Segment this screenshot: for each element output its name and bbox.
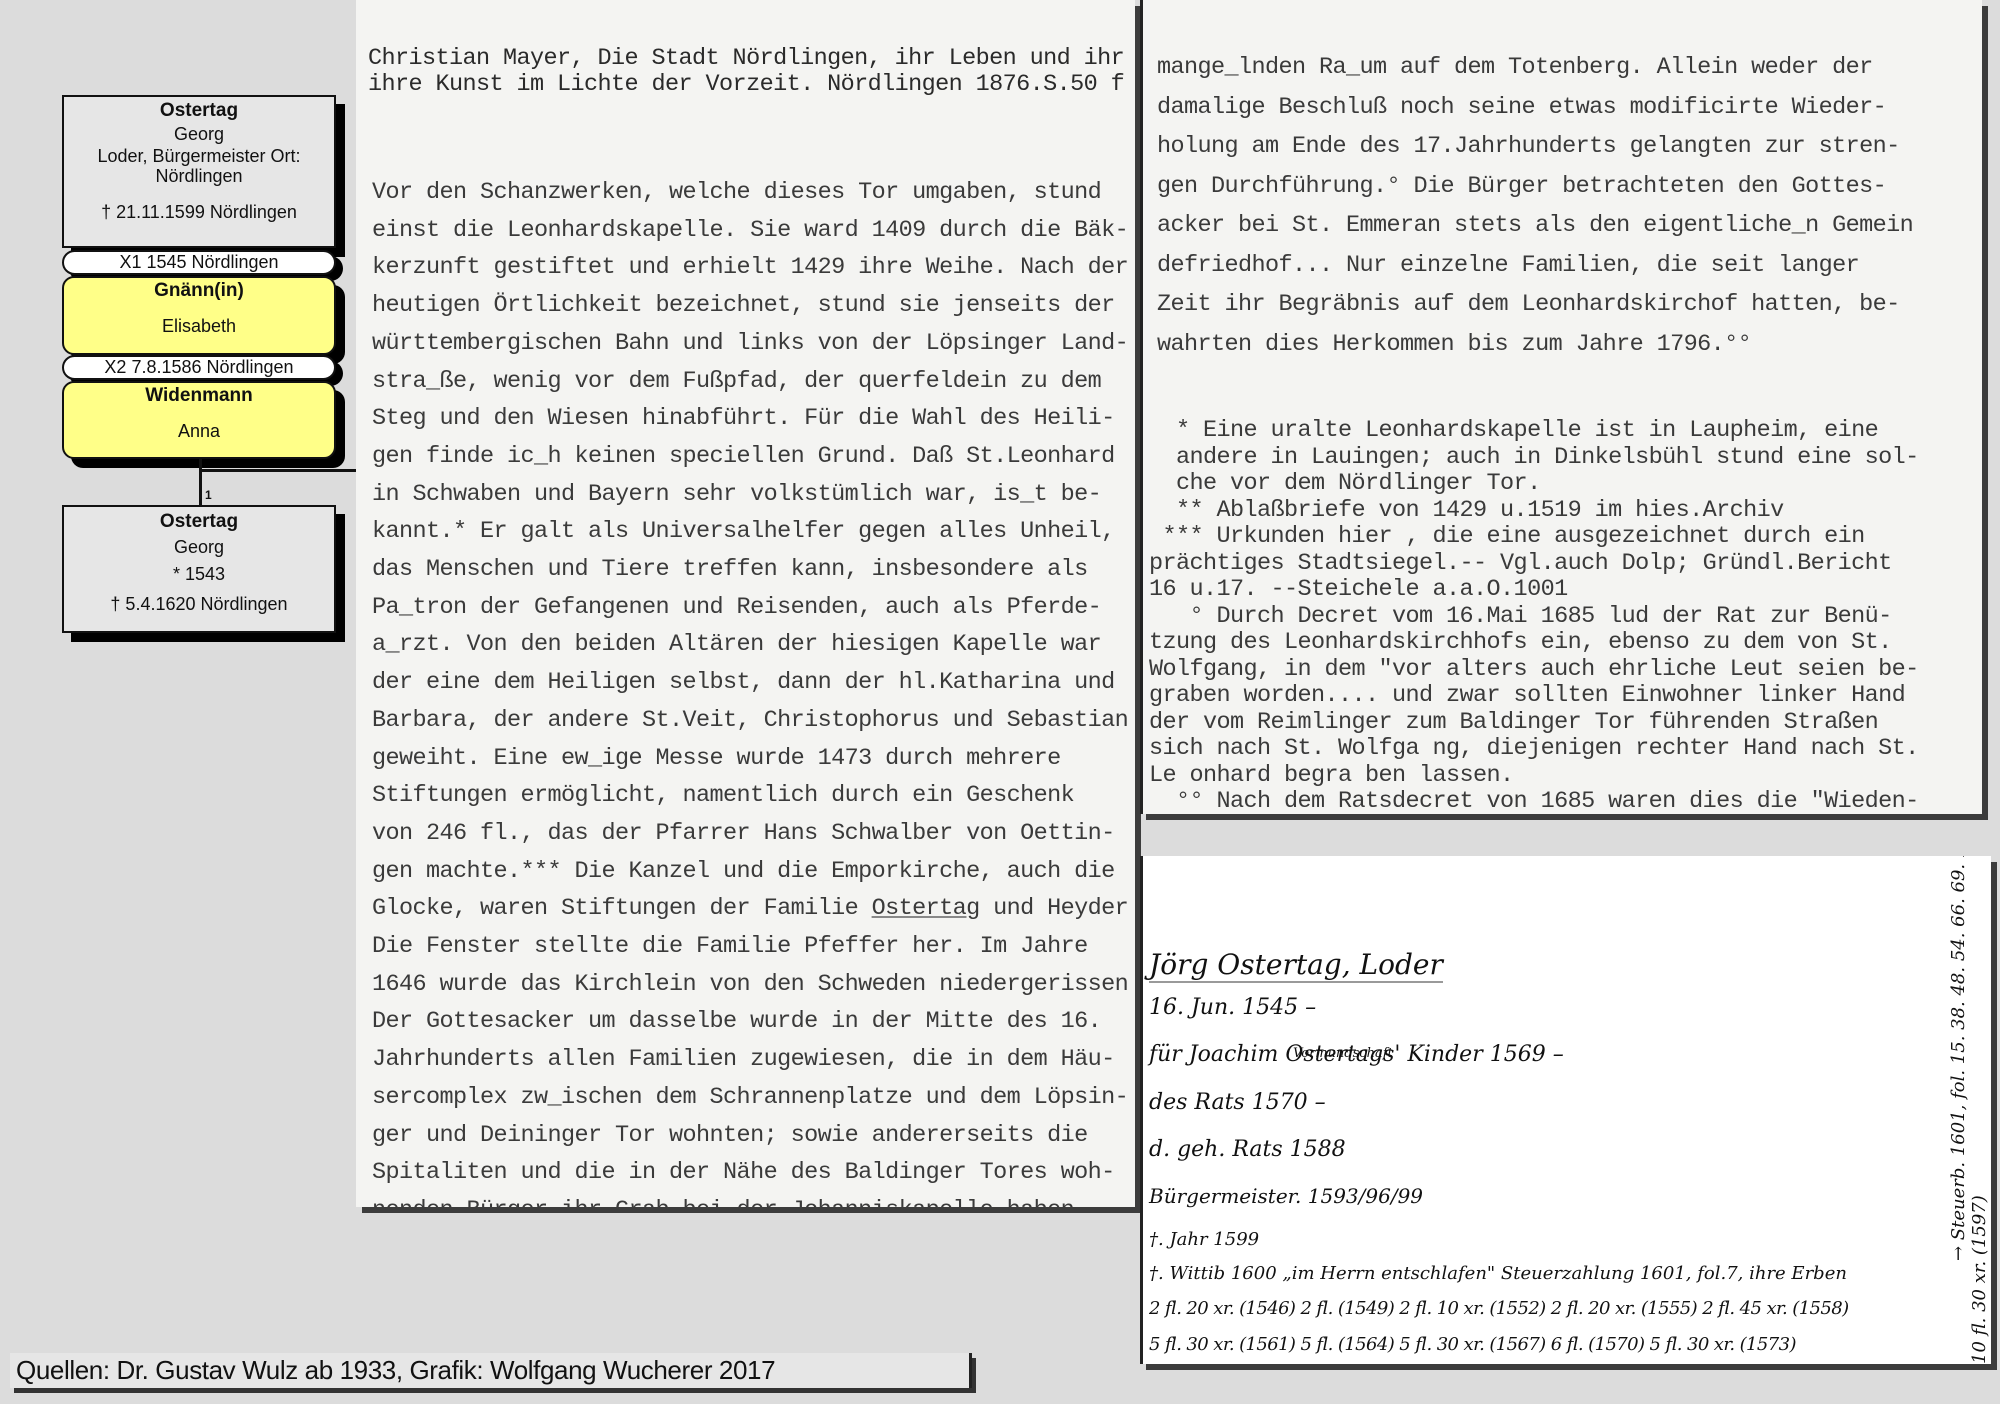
- child-birth: * 1543: [64, 563, 334, 585]
- spouse-1-given-name: Elisabeth: [64, 315, 334, 337]
- father-death: † 21.11.1599 Nördlingen: [64, 201, 334, 223]
- text-line: kerzunft gestiftet und erhielt 1429 ihre…: [372, 249, 1135, 287]
- footnote-line: *** Urkunden hier , die eine ausgezeichn…: [1149, 524, 1982, 551]
- text-line: acker bei St. Emmeran stets als den eige…: [1157, 206, 1982, 246]
- source-credits-caption: Quellen: Dr. Gustav Wulz ab 1933, Grafik…: [10, 1353, 972, 1388]
- document-scan-mayer-excerpt: Christian Mayer, Die Stadt Nördlingen, i…: [356, 0, 1135, 1207]
- card-title: Jörg Ostertag, Loder: [1149, 948, 1443, 981]
- text-line: ger und Deininger Tor wohnten; sowie and…: [372, 1117, 1135, 1155]
- footnote-line: Le onhard begra ben lassen.: [1149, 763, 1982, 790]
- text-line: Barbara, der andere St.Veit, Christophor…: [372, 702, 1135, 740]
- text-line: württembergischen Bahn und links von der…: [372, 325, 1135, 363]
- card-entry-line: d. geh. Rats 1588: [1149, 1137, 1346, 1162]
- card-entry-line: †. Wittib 1600 „im Herrn entschlafen" St…: [1149, 1263, 1847, 1284]
- text-line: Jahrhunderts allen Familien zugewiesen, …: [372, 1041, 1135, 1079]
- document-scan-continuation: mange_lnden Ra_um auf dem Totenberg. All…: [1140, 0, 1982, 814]
- footnote-line: andere in Lauingen; auch in Dinkelsbühl …: [1149, 445, 1982, 472]
- footnote-line: * Eine uralte Leonhardskapelle ist in La…: [1149, 418, 1982, 445]
- text-line: Die Fenster stellte die Familie Pfeffer …: [372, 928, 1135, 966]
- text-line: einst die Leonhardskapelle. Sie ward 140…: [372, 212, 1135, 250]
- text-line: stra_ße, wenig vor dem Fußpfad, der quer…: [372, 363, 1135, 401]
- text-line: kannt.* Er galt als Universalhelfer gege…: [372, 513, 1135, 551]
- card-entry-line: Bürgermeister. 1593/96/99: [1149, 1184, 1423, 1208]
- child-index: 1: [205, 488, 212, 502]
- card-entry-line: †. Jahr 1599: [1149, 1229, 1259, 1250]
- text-line: gen finde ic_h keinen speciellen Grund. …: [372, 438, 1135, 476]
- text-line: Zeit ihr Begräbnis auf dem Leonhardskirc…: [1157, 285, 1982, 325]
- text-line: das Menschen und Tiere treffen kann, ins…: [372, 551, 1135, 589]
- text-line: damalige Beschluß noch seine etwas modif…: [1157, 88, 1982, 128]
- underlined-surname: Ostertag: [872, 895, 980, 922]
- card-entry-line: 5 fl. 30 xr. (1561) 5 fl. (1564) 5 fl. 3…: [1149, 1334, 1796, 1355]
- text-line: von 246 fl., das der Pfarrer Hans Schwal…: [372, 815, 1135, 853]
- father-given-name: Georg: [64, 123, 334, 145]
- text-line: Spitaliten und die in der Nähe des Baldi…: [372, 1154, 1135, 1192]
- person-card-spouse-2[interactable]: Widenmann Anna: [62, 381, 336, 459]
- footnote-line: tzung des Leonhardskirchhofs ein, ebenso…: [1149, 630, 1982, 657]
- text-line: holung am Ende des 17.Jahrhunderts gelan…: [1157, 127, 1982, 167]
- text-line: Glocke, waren Stiftungen der Familie Ost…: [372, 890, 1135, 928]
- footnote-line: prächtiges Stadtsiegel.-- Vgl.auch Dolp;…: [1149, 551, 1982, 578]
- marriage-1-label: X1 1545 Nördlingen: [62, 250, 336, 275]
- spouse-2-given-name: Anna: [64, 420, 334, 442]
- text-line: in Schwaben und Bayern sehr volkstümlich…: [372, 476, 1135, 514]
- card-margin-note-2: 10 fl. 30 xr. (1597): [1969, 1195, 1990, 1364]
- spouse-2-surname: Widenmann: [64, 384, 334, 408]
- footnote-line: der vom Reimlinger zum Baldinger Tor füh…: [1149, 710, 1982, 737]
- person-card-father[interactable]: Ostertag Georg Loder, Bürgermeister Ort:…: [62, 95, 336, 248]
- text-line: Der Gottesacker um dasselbe wurde in der…: [372, 1003, 1135, 1041]
- document-citation: Christian Mayer, Die Stadt Nördlingen, i…: [368, 46, 1135, 98]
- text-line: der eine dem Heiligen selbst, dann der h…: [372, 664, 1135, 702]
- footnote-line: che vor dem Nördlinger Tor.: [1149, 471, 1982, 498]
- marriage-2-label: X2 7.8.1586 Nördlingen: [62, 355, 336, 380]
- text-line: Pa_tron der Gefangenen und Reisenden, au…: [372, 589, 1135, 627]
- person-card-spouse-1[interactable]: Gnänn(in) Elisabeth: [62, 276, 336, 355]
- text-line: 1646 wurde das Kirchlein von den Schwede…: [372, 966, 1135, 1004]
- text-line: heutigen Örtlichkeit bezeichnet, stund s…: [372, 287, 1135, 325]
- text-line: Vor den Schanzwerken, welche dieses Tor …: [372, 174, 1135, 212]
- document-body: Vor den Schanzwerken, welche dieses Tor …: [368, 174, 1135, 1207]
- footnote-line: sich nach St. Wolfga ng, diejenigen rech…: [1149, 736, 1982, 763]
- child-surname: Ostertag: [64, 510, 334, 534]
- card-entry-line: 2 fl. 20 xr. (1546) 2 fl. (1549) 2 fl. 1…: [1149, 1298, 1849, 1319]
- text-line: geweiht. Eine ew_ige Messe wurde 1473 du…: [372, 740, 1135, 778]
- text-line: Steg und den Wiesen hinabführt. Für die …: [372, 400, 1135, 438]
- footnote-line: ° Durch Decret vom 16.Mai 1685 lud der R…: [1149, 604, 1982, 631]
- handwritten-index-card: Jörg Ostertag, Loder Vormundschaft 16. J…: [1140, 856, 1991, 1364]
- father-place: Nördlingen: [64, 165, 334, 187]
- text-line: defriedhof... Nur einzelne Familien, die…: [1157, 246, 1982, 286]
- father-occupation: Loder, Bürgermeister Ort:: [64, 145, 334, 167]
- text-line: wahrten dies Herkommen bis zum Jahre 179…: [1157, 325, 1982, 365]
- person-card-child[interactable]: Ostertag Georg * 1543 † 5.4.1620 Nördlin…: [62, 505, 336, 633]
- text-line: nenden Bürger ihr Grab bei der Johannisk…: [372, 1192, 1135, 1207]
- text-line: gen Durchführung.° Die Bürger betrachtet…: [1157, 167, 1982, 207]
- descent-connector-horizontal: [199, 469, 359, 472]
- text-line: Stiftungen ermöglicht, namentlich durch …: [372, 777, 1135, 815]
- footnote-line: graben worden.... und zwar sollten Einwo…: [1149, 683, 1982, 710]
- spouse-1-surname: Gnänn(in): [64, 279, 334, 303]
- card-entry-line: für Joachim Ostertags' Kinder 1569 –: [1149, 1042, 1564, 1067]
- descent-connector-vertical: [199, 458, 202, 506]
- text-line: sercomplex zw_ischen dem Schrannenplatze…: [372, 1079, 1135, 1117]
- card-entry-line: des Rats 1570 –: [1149, 1090, 1326, 1115]
- card-margin-note: → Steuerb. 1601, fol. 15. 38. 48. 54. 66…: [1948, 856, 1969, 1261]
- card-title-text: Jörg Ostertag, Loder: [1149, 948, 1443, 983]
- footnote-line: 16 u.17. --Steichele a.a.O.1001: [1149, 577, 1982, 604]
- document-body-continued: mange_lnden Ra_um auf dem Totenberg. All…: [1157, 48, 1982, 364]
- father-surname: Ostertag: [64, 99, 334, 123]
- text-line: mange_lnden Ra_um auf dem Totenberg. All…: [1157, 48, 1982, 88]
- footnote-line: °° Nach dem Ratsdecret von 1685 waren di…: [1149, 789, 1982, 814]
- child-death: † 5.4.1620 Nördlingen: [64, 593, 334, 615]
- footnote-line: Wolfgang, in dem "vor alters auch ehrlic…: [1149, 657, 1982, 684]
- card-entry-line: 16. Jun. 1545 –: [1149, 995, 1316, 1020]
- text-line: a_rzt. Von den beiden Altären der hiesig…: [372, 626, 1135, 664]
- citation-line: ihre Kunst im Lichte der Vorzeit. Nördli…: [368, 72, 1135, 98]
- text-line: gen machte.*** Die Kanzel und die Empork…: [372, 853, 1135, 891]
- citation-line: Christian Mayer, Die Stadt Nördlingen, i…: [368, 46, 1135, 72]
- footnote-line: ** Ablaßbriefe von 1429 u.1519 im hies.A…: [1149, 498, 1982, 525]
- child-given-name: Georg: [64, 536, 334, 558]
- document-footnotes: * Eine uralte Leonhardskapelle ist in La…: [1149, 418, 1982, 814]
